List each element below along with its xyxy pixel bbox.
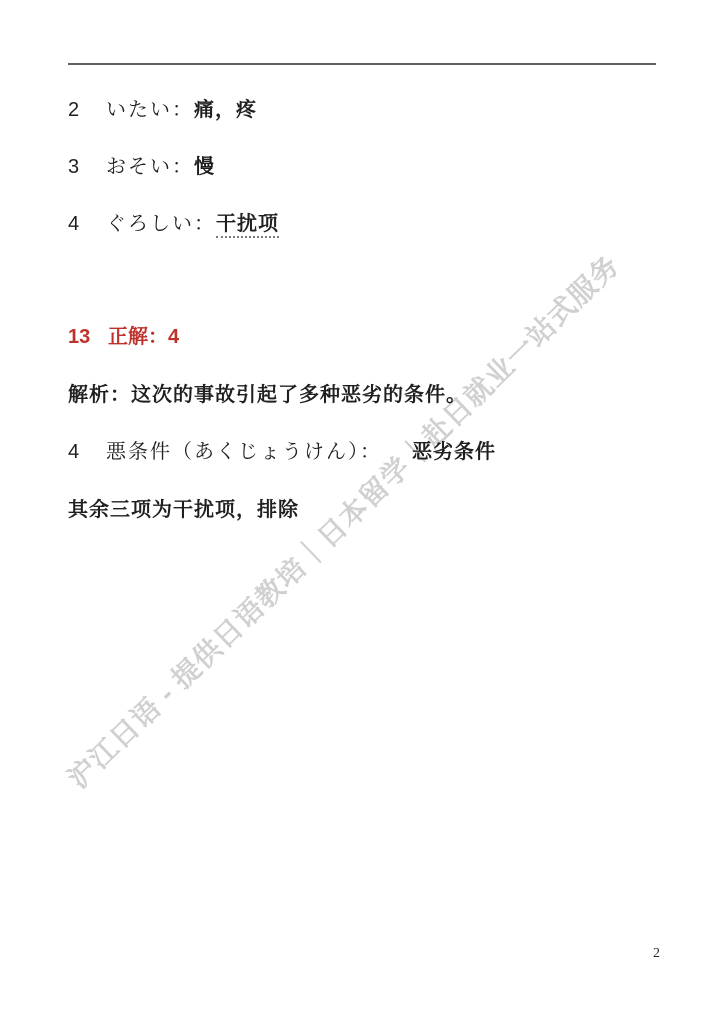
- answer-line: 13正解：4: [68, 322, 179, 352]
- option-translation: 慢: [194, 156, 215, 178]
- vocab-line: 4悪条件（あくじょうけん）：恶劣条件: [68, 437, 496, 467]
- option-line-3: 3おそい：慢: [68, 152, 215, 182]
- vocab-japanese: 悪条件（あくじょうけん）：: [106, 441, 382, 463]
- document-page: 沪江日语 - 提供日语教培｜日本留学｜赴日就业一站式服务 2いたい：痛，疼 3お…: [0, 0, 724, 1024]
- option-line-2: 2いたい：痛，疼: [68, 95, 257, 125]
- note-line: 其余三项为干扰项，排除: [68, 495, 299, 525]
- header-rule: [68, 63, 656, 65]
- option-line-4: 4ぐろしい：干扰项: [68, 209, 279, 239]
- vocab-translation: 恶劣条件: [412, 441, 496, 463]
- option-translation-underlined: 干扰项: [216, 213, 279, 238]
- question-number: 13: [68, 322, 108, 352]
- correct-answer-label: 正解：4: [108, 326, 179, 348]
- vocab-number: 4: [68, 437, 106, 467]
- analysis-line: 解析：这次的事故引起了多种恶劣的条件。: [68, 380, 467, 410]
- option-number: 2: [68, 95, 106, 125]
- option-number: 3: [68, 152, 106, 182]
- option-translation: 痛，疼: [194, 99, 257, 121]
- option-japanese: いたい：: [106, 99, 194, 121]
- option-number: 4: [68, 209, 106, 239]
- page-number: 2: [653, 946, 660, 962]
- option-japanese: おそい：: [106, 156, 194, 178]
- option-japanese: ぐろしい：: [106, 213, 216, 235]
